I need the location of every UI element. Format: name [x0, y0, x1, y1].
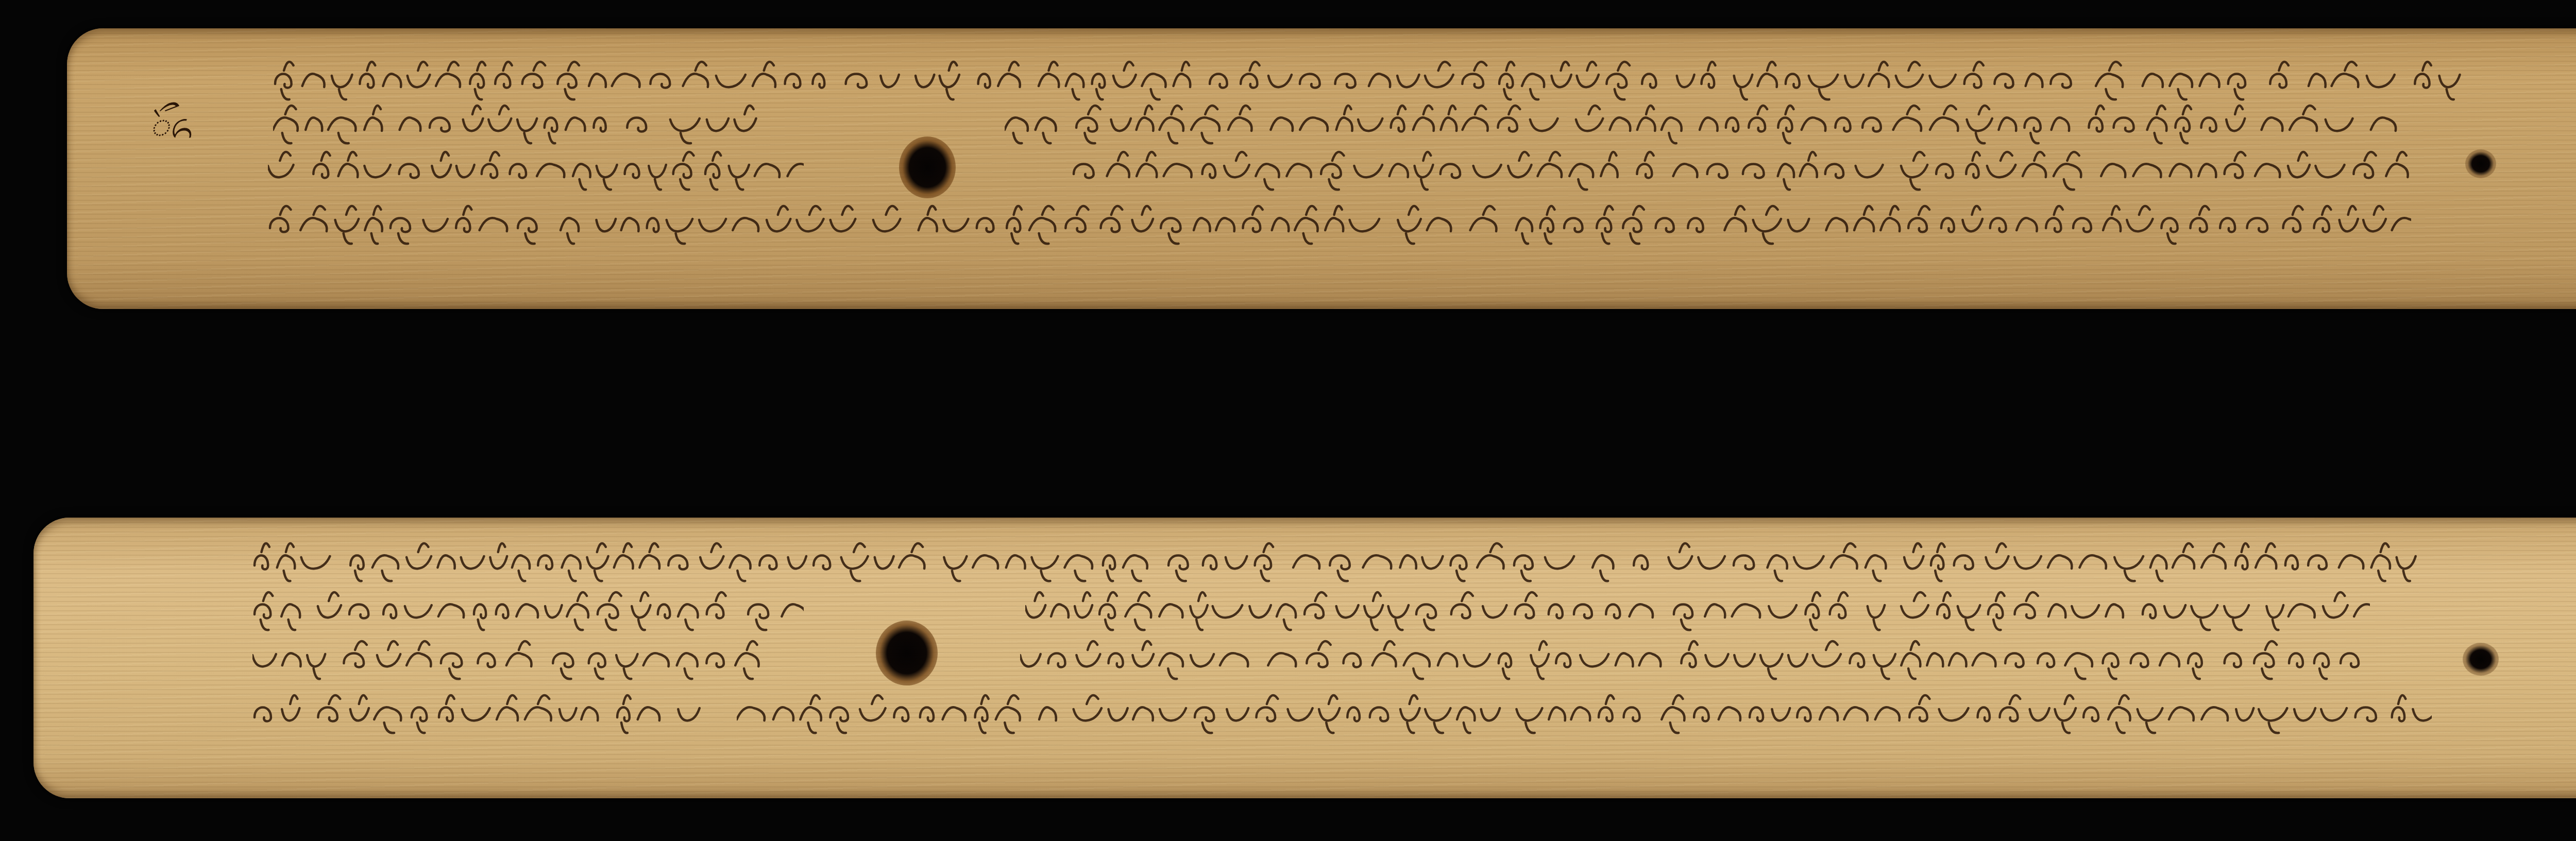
leaf-number-marker: ᭂ᭖ [149, 103, 193, 162]
leaf-label: top [67, 28, 67, 29]
script-text-line [268, 198, 2411, 255]
script-strokes [1020, 633, 2380, 690]
script-strokes [252, 585, 804, 641]
script-strokes [252, 536, 2432, 592]
script-strokes [1072, 144, 2411, 201]
script-strokes [268, 198, 2411, 255]
script-strokes [252, 633, 775, 690]
script-text-line [1072, 144, 2411, 201]
script-text-line [252, 633, 775, 690]
binding-hole-icon [876, 621, 938, 685]
binding-hole-icon [899, 136, 956, 198]
script-text-line [1025, 585, 2370, 641]
script-strokes [1025, 585, 2370, 641]
script-text-line [737, 688, 2432, 744]
binding-hole-icon [2465, 149, 2496, 178]
script-text-line [252, 688, 716, 744]
binding-hole-icon [2463, 643, 2499, 676]
script-text-line [268, 144, 804, 201]
script-text-line [252, 585, 804, 641]
script-text-line [1020, 633, 2380, 690]
script-strokes [268, 144, 804, 201]
script-text-line [252, 536, 2432, 592]
leaf-label: bottom [33, 518, 34, 518]
script-strokes [737, 688, 2432, 744]
script-strokes [252, 688, 716, 744]
